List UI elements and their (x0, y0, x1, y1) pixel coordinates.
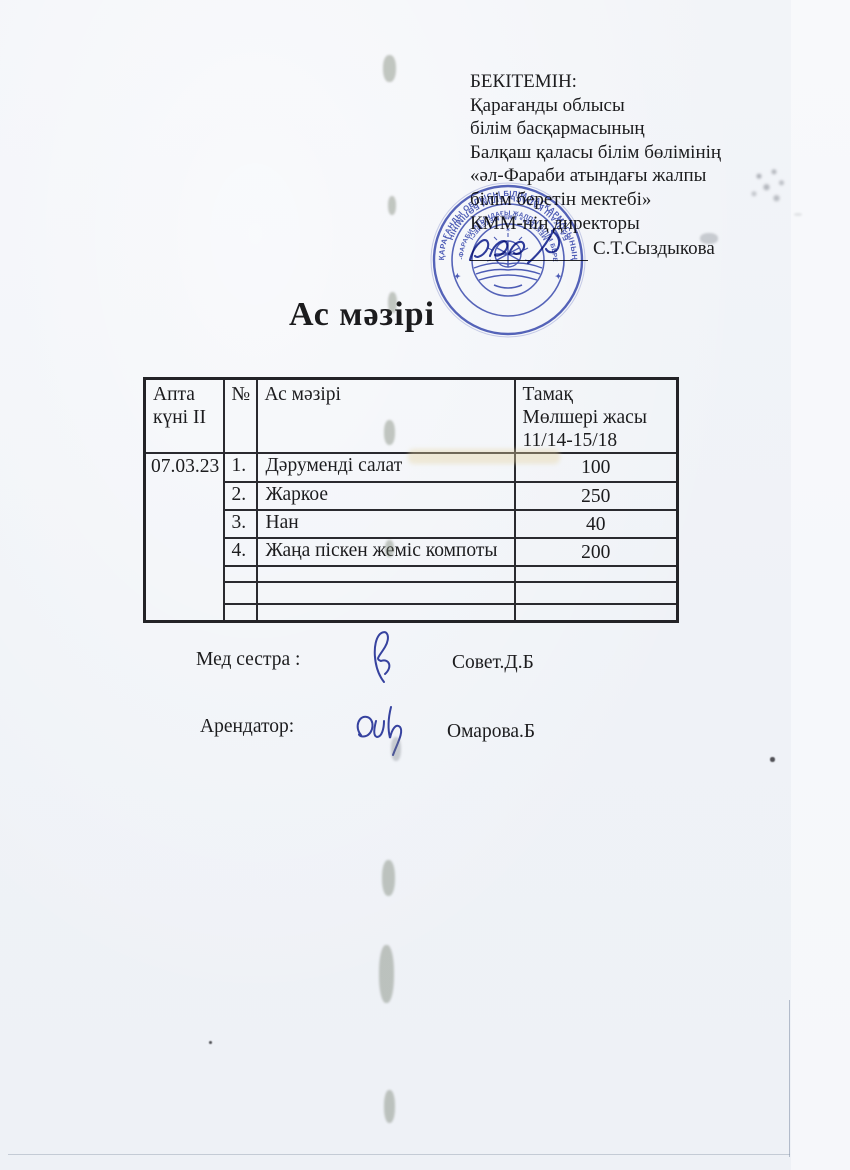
scan-speck (384, 420, 395, 445)
paper-edge (789, 1000, 790, 1157)
stamp-separator-diamond: ✦ (555, 272, 562, 281)
approval-line: білім басқармасының (470, 117, 800, 141)
scan-speck (385, 540, 394, 557)
director-signature (462, 222, 582, 270)
director-name: С.Т.Сыздыкова (593, 237, 715, 261)
header-week-day: Апта күні II (145, 379, 224, 454)
nurse-signature (360, 626, 402, 688)
menu-table: Апта күні II № Ас мәзірі Тамақ Мөлшері ж… (143, 377, 679, 623)
approval-line: БЕКІТЕМІН: (470, 70, 800, 94)
date-cell: 07.03.23 (145, 453, 224, 621)
table-header-row: Апта күні II № Ас мәзірі Тамақ Мөлшері ж… (145, 379, 678, 454)
scan-smudge (408, 449, 560, 464)
scan-pencil-marks (744, 163, 794, 207)
scanned-menu-document: БЕКІТЕМІН: Қарағанды облысы білім басқар… (0, 0, 850, 1170)
scan-speck (388, 196, 396, 215)
nurse-name: Совет.Д.Б (452, 652, 534, 674)
scan-background (791, 0, 850, 1170)
page-title: Ас мәзірі (289, 296, 435, 334)
table-empty-row (145, 582, 678, 604)
nurse-role-label: Мед сестра : (196, 649, 300, 671)
scan-speck (382, 860, 395, 896)
table-row: 4. Жаңа піскен жеміс компоты 200 (145, 538, 678, 566)
paper-edge (8, 1154, 790, 1155)
scan-speck (388, 292, 397, 313)
scan-speck (391, 737, 401, 761)
scan-speck (209, 1041, 212, 1044)
renter-name: Омарова.Б (447, 721, 535, 743)
renter-role-label: Арендатор: (200, 716, 294, 738)
scan-speck (384, 1090, 395, 1123)
table-empty-row (145, 604, 678, 621)
scan-speck (770, 757, 775, 762)
table-empty-row (145, 566, 678, 582)
scan-speck (383, 55, 396, 82)
table-row: 2. Жаркое 250 (145, 482, 678, 510)
header-amount: Тамақ Мөлшері жасы 11/14-15/18 (515, 379, 678, 454)
approval-line: Балқаш қаласы білім бөлімінің (470, 141, 800, 165)
stamp-separator-diamond: ✦ (454, 272, 461, 281)
scan-speck (379, 945, 394, 1003)
header-number: № (224, 379, 257, 454)
approval-line: Қарағанды облысы (470, 94, 800, 118)
scan-speck (700, 233, 718, 244)
table-row: 3. Нан 40 (145, 510, 678, 538)
